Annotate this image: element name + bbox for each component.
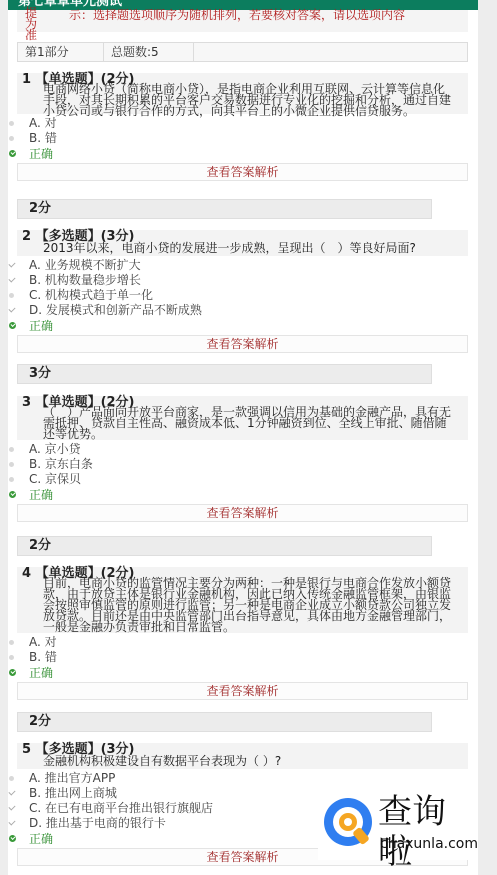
option-label: B. 推出网上商城 [29, 786, 117, 800]
option-label: C. 京保贝 [29, 472, 81, 486]
checkbox-checked-icon [9, 790, 15, 796]
checkbox-checked-icon [9, 277, 15, 283]
question-total: 总题数:5 [104, 43, 194, 61]
watermark-brand: 查询啦 [378, 792, 478, 872]
check-circle-icon [9, 150, 16, 157]
radio-icon [9, 462, 14, 467]
question-title: 4 【单选题】(2分) [22, 567, 135, 581]
result-status: 正确 [17, 487, 468, 503]
result-status: 正确 [17, 146, 468, 162]
option-a[interactable]: A. 对 [17, 635, 468, 650]
checkbox-icon [9, 776, 14, 781]
radio-icon [9, 655, 14, 660]
option-label: A. 京小贷 [29, 442, 81, 456]
score-bar: 3分 [17, 364, 432, 384]
check-circle-icon [9, 491, 16, 498]
options-list: A. 对 B. 错 [17, 114, 468, 146]
question-header: 2 【多选题】(3分) 2013年以来，电商小贷的发展进一步成熟，呈现出（ ）等… [17, 230, 468, 256]
check-circle-icon [9, 322, 16, 329]
option-label: B. 错 [29, 650, 57, 664]
notice-box: 提 为准 示：选择题选项顺序为随机排列，若要核对答案，请以选项内容 [17, 10, 468, 32]
option-c[interactable]: C. 京保贝 [17, 472, 468, 487]
question-header: 1 【单选题】(2分) 电商网络小贷（简称电商小贷），是指电商企业利用互联网、云… [17, 73, 468, 114]
option-label: A. 推出官方APP [29, 771, 115, 785]
watermark: 查询啦 chaxunla.com [318, 790, 478, 860]
question-title: 1 【单选题】(2分) [22, 73, 135, 87]
exam-page: 第七章章单元测试 提 为准 示：选择题选项顺序为随机排列，若要核对答案，请以选项… [8, 0, 478, 875]
question-title: 5 【多选题】(3分) [22, 743, 135, 757]
option-d[interactable]: D. 发展模式和创新产品不断成熟 [17, 303, 468, 318]
search-logo-icon [324, 798, 372, 846]
watermark-domain: chaxunla.com [380, 836, 478, 852]
option-label: B. 京东白条 [29, 457, 93, 471]
view-answer-button[interactable]: 查看答案解析 [17, 504, 468, 522]
notice-text: 示：选择题选项顺序为随机排列，若要核对答案，请以选项内容 [69, 9, 405, 22]
result-text: 正确 [29, 147, 53, 161]
option-label: A. 业务规模不断扩大 [29, 258, 141, 272]
option-b[interactable]: B. 机构数量稳步增长 [17, 273, 468, 288]
question-header: 4 【单选题】(2分) 目前，电商小贷的监管情况主要分为两种：一种是银行与电商合… [17, 567, 468, 633]
radio-icon [9, 121, 14, 126]
part-name: 第1部分 [18, 43, 104, 61]
score-bar: 2分 [17, 712, 432, 732]
option-label: A. 对 [29, 116, 57, 130]
view-answer-button[interactable]: 查看答案解析 [17, 682, 468, 700]
view-answer-button[interactable]: 查看答案解析 [17, 163, 468, 181]
option-b[interactable]: B. 错 [17, 131, 468, 146]
question-header: 5 【多选题】(3分) 金融机构积极建设自有数据平台表现为（ ）? [17, 743, 468, 769]
options-list: A. 业务规模不断扩大 B. 机构数量稳步增长 C. 机构模式趋于单一化 D. … [17, 256, 468, 318]
option-label: B. 错 [29, 131, 57, 145]
option-a[interactable]: A. 推出官方APP [17, 771, 468, 786]
option-label: B. 机构数量稳步增长 [29, 273, 141, 287]
notice-label: 提 为准 [25, 8, 39, 41]
option-label: C. 机构模式趋于单一化 [29, 288, 153, 302]
radio-icon [9, 136, 14, 141]
checkbox-checked-icon [9, 307, 15, 313]
option-b[interactable]: B. 京东白条 [17, 457, 468, 472]
result-text: 正确 [29, 832, 53, 846]
view-answer-button[interactable]: 查看答案解析 [17, 335, 468, 353]
question-2: 2 【多选题】(3分) 2013年以来，电商小贷的发展进一步成熟，呈现出（ ）等… [17, 230, 468, 353]
part-info-table: 第1部分 总题数:5 [17, 42, 468, 62]
result-text: 正确 [29, 666, 53, 680]
checkbox-checked-icon [9, 805, 15, 811]
question-1: 1 【单选题】(2分) 电商网络小贷（简称电商小贷），是指电商企业利用互联网、云… [17, 73, 468, 181]
part-extra [194, 43, 467, 61]
option-a[interactable]: A. 京小贷 [17, 442, 468, 457]
check-circle-icon [9, 835, 16, 842]
check-circle-icon [9, 669, 16, 676]
result-text: 正确 [29, 488, 53, 502]
score-bar: 2分 [17, 199, 432, 219]
option-c[interactable]: C. 机构模式趋于单一化 [17, 288, 468, 303]
option-a[interactable]: A. 对 [17, 116, 468, 131]
notice-label-bottom: 为准 [25, 17, 37, 42]
options-list: A. 对 B. 错 [17, 633, 468, 665]
checkbox-checked-icon [9, 262, 15, 268]
option-label: D. 推出基于电商的银行卡 [29, 816, 166, 830]
checkbox-icon [9, 293, 14, 298]
question-header: 3 【单选题】(2分) （ ）产品面向开放平台商家，是一款强调以信用为基础的金融… [17, 396, 468, 440]
option-label: D. 发展模式和创新产品不断成熟 [29, 303, 202, 317]
score-bar: 2分 [17, 536, 432, 556]
option-a[interactable]: A. 业务规模不断扩大 [17, 258, 468, 273]
radio-icon [9, 447, 14, 452]
option-label: C. 在已有电商平台推出银行旗舰店 [29, 801, 213, 815]
radio-icon [9, 477, 14, 482]
question-3: 3 【单选题】(2分) （ ）产品面向开放平台商家，是一款强调以信用为基础的金融… [17, 396, 468, 522]
question-4: 4 【单选题】(2分) 目前，电商小贷的监管情况主要分为两种：一种是银行与电商合… [17, 567, 468, 700]
question-title: 3 【单选题】(2分) [22, 396, 135, 410]
option-label: A. 对 [29, 635, 57, 649]
radio-icon [9, 640, 14, 645]
option-b[interactable]: B. 错 [17, 650, 468, 665]
options-list: A. 京小贷 B. 京东白条 C. 京保贝 [17, 440, 468, 487]
checkbox-checked-icon [9, 820, 15, 826]
result-status: 正确 [17, 318, 468, 334]
question-title: 2 【多选题】(3分) [22, 230, 135, 244]
result-status: 正确 [17, 665, 468, 681]
result-text: 正确 [29, 319, 53, 333]
